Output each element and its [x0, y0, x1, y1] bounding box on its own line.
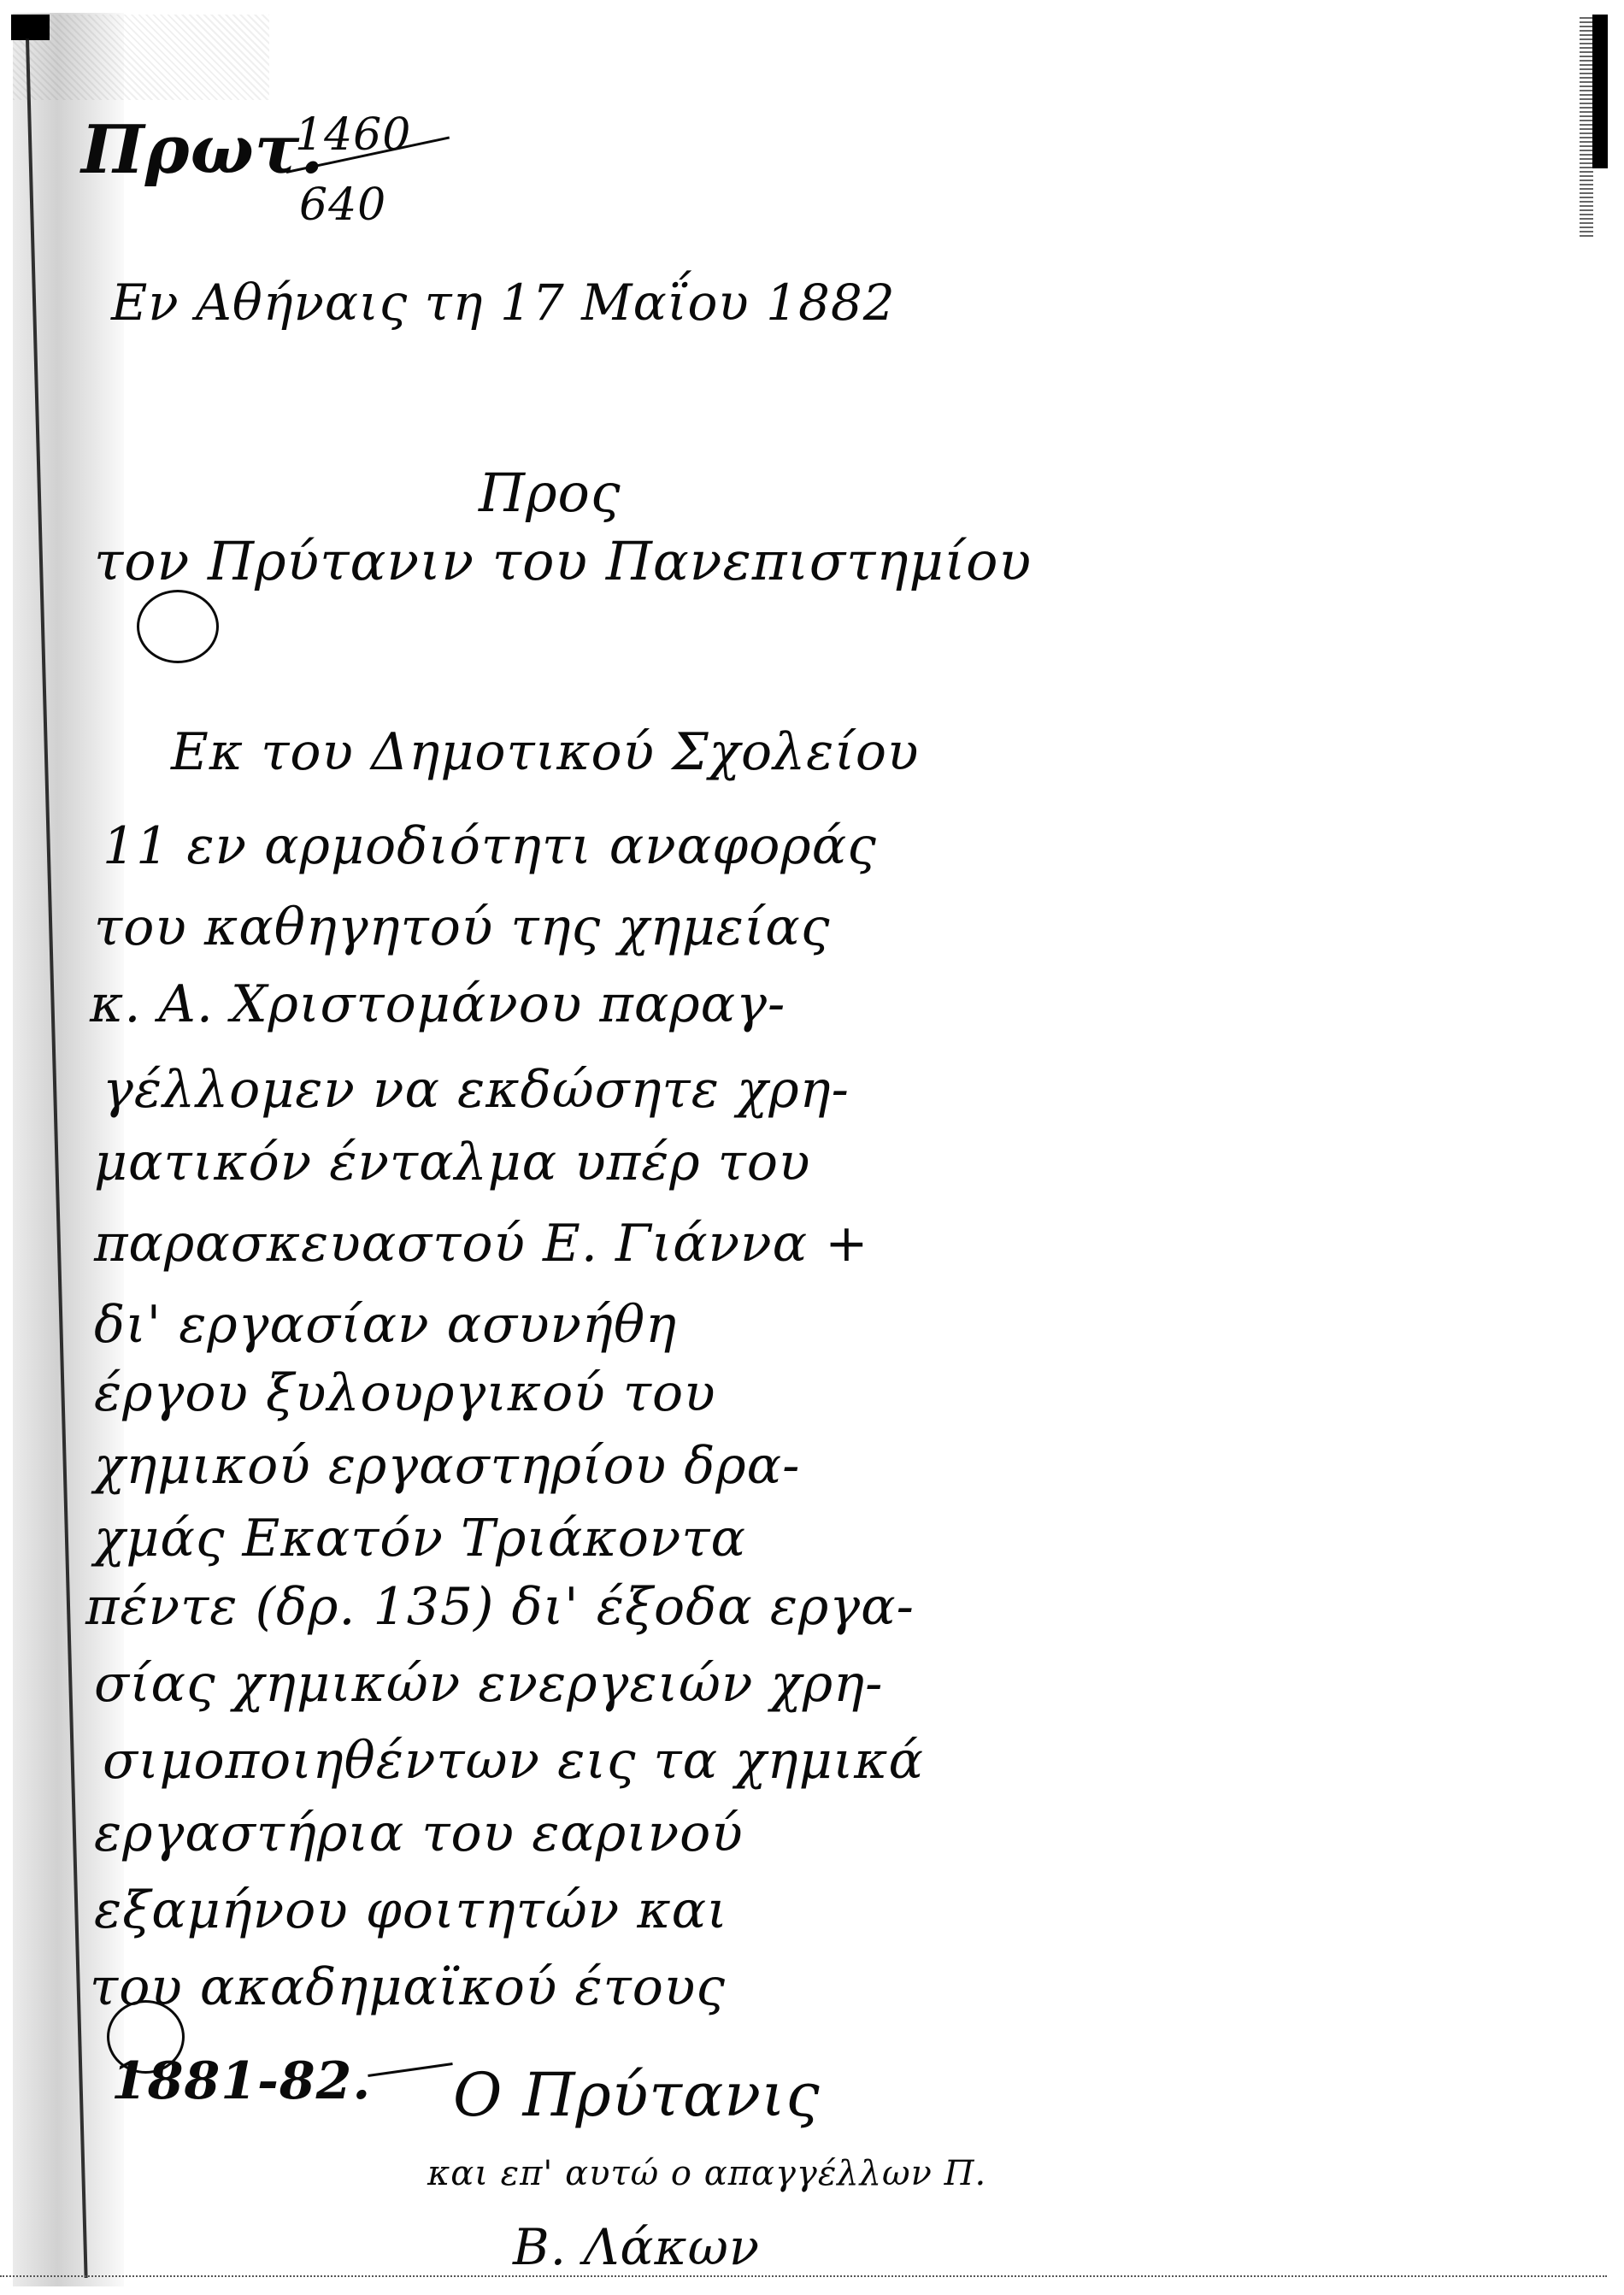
protocol-mark: Πρωτ. [81, 111, 324, 189]
body-line: ματικόν ένταλμα υπέρ του [94, 1133, 810, 1192]
body-line: του καθηγητού της χημείας [94, 897, 830, 957]
scan-noise [13, 15, 269, 100]
body-line: παρασκευαστού Ε. Γιάννα + [94, 1214, 868, 1274]
body-line: έργου ξυλουργικού του [94, 1363, 716, 1423]
signature-note: και επ' αυτώ ο απαγγέλλων Π. [427, 2154, 986, 2193]
body-line: σιμοποιηθέντων εις τα χημικά [103, 1731, 924, 1791]
scan-bottom-edge [0, 2275, 1607, 2278]
academic-year: 1881-82. [111, 2051, 371, 2111]
date-line: Εν Αθήναις τη 17 Μαΐου 1882 [111, 274, 896, 332]
signature-name: Β. Λάκων [513, 2218, 760, 2276]
body-line: 11 εν αρμοδιότητι αναφοράς [103, 816, 877, 876]
body-line: γέλλομεν να εκδώσητε χρη- [103, 1060, 850, 1120]
body-line: χμάς Εκατόν Τριάκοντα [94, 1509, 746, 1568]
salutation-to: Προς [479, 462, 621, 524]
body-line: εργαστήρια του εαρινού [94, 1804, 744, 1863]
body-line: κ. Α. Χριστομάνου παραγ- [90, 974, 786, 1034]
scan-corner-mark [11, 15, 50, 40]
body-line: δι' εργασίαν ασυνήθη [94, 1295, 677, 1355]
protocol-number-bottom: 640 [299, 179, 386, 231]
body-line: πέντε (δρ. 135) δι' έξοδα εργα- [85, 1577, 915, 1637]
scanned-letter-page: Πρωτ. 1460 640 Εν Αθήναις τη 17 Μαΐου 18… [0, 0, 1624, 2295]
signature-title: Ο Πρύτανις [453, 2060, 821, 2130]
body-line: εξαμήνου φοιτητών και [94, 1880, 728, 1940]
protocol-number-top: 1460 [295, 109, 411, 161]
body-line: του ακαδημαϊκού έτους [90, 1957, 726, 2017]
salutation-addressee: τον Πρύτανιν του Πανεπιστημίου [94, 530, 1032, 592]
body-line: χημικού εργαστηρίου δρα- [94, 1436, 800, 1496]
body-line: σίας χημικών ενεργειών χρη- [94, 1654, 883, 1714]
scan-right-edge-mark [1592, 15, 1608, 168]
scan-right-noise [1580, 15, 1593, 237]
flourish-loop [137, 590, 219, 663]
closing-rule [368, 2063, 452, 2077]
body-line: Εκ του Δημοτικού Σχολείου [171, 722, 919, 782]
